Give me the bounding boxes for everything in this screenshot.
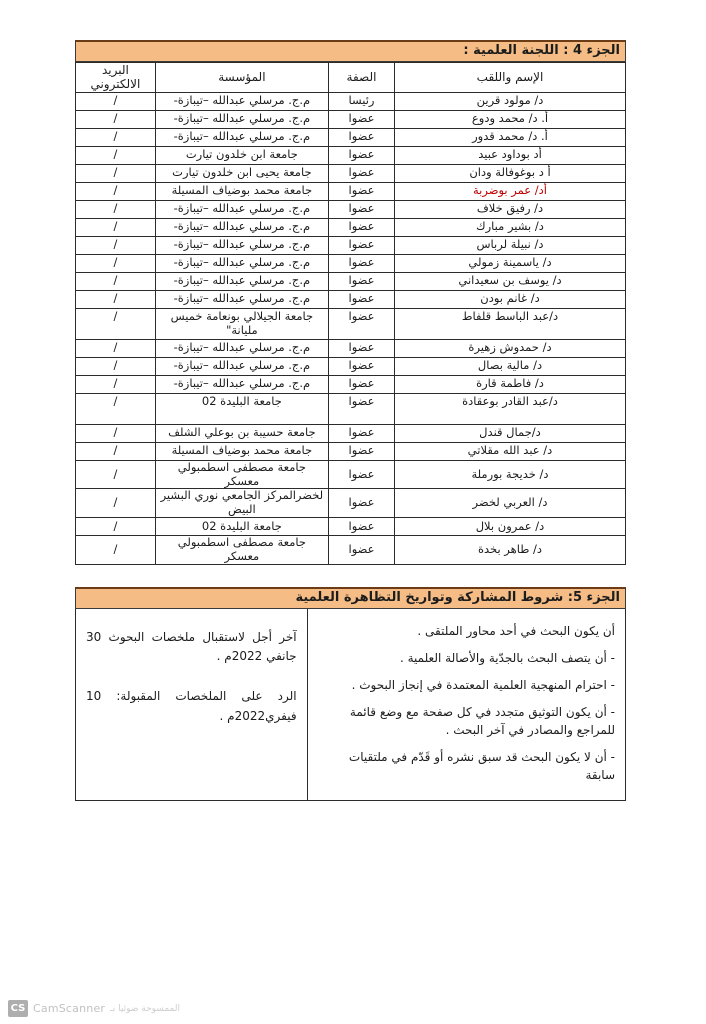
condition-item: - أن يكون التوثيق متجدد في كل صفحة مع وض… xyxy=(318,703,615,739)
member-role: عضوا xyxy=(329,128,395,146)
member-email: / xyxy=(76,460,156,489)
member-name: د/ فاطمة قارة xyxy=(395,375,626,393)
member-email: / xyxy=(76,254,156,272)
member-institution: لخضرالمركز الجامعي نوري البشير البيض xyxy=(155,489,328,518)
member-role: عضوا xyxy=(329,182,395,200)
member-institution: م.ج. مرسلي عبدالله –تيبازة- xyxy=(155,339,328,357)
member-institution: جامعة مصطفى اسطمبولي معسكر xyxy=(155,460,328,489)
table-row: د/عبد الباسط قلفاط عضوا جامعة الجيلالي ب… xyxy=(76,308,626,339)
member-email: / xyxy=(76,357,156,375)
member-email: / xyxy=(76,442,156,460)
condition-item: - احترام المنهجية العلمية المعتمدة في إن… xyxy=(318,676,615,694)
member-institution: جامعة محمد بوضياف المسيلة xyxy=(155,182,328,200)
member-role: عضوا xyxy=(329,535,395,564)
member-role: عضوا xyxy=(329,218,395,236)
member-institution: م.ج. مرسلي عبدالله –تيبازة- xyxy=(155,92,328,110)
member-institution: م.ج. مرسلي عبدالله –تيبازة- xyxy=(155,200,328,218)
part4-section-header: الجزء 4 : اللجنة العلمية : xyxy=(75,40,626,62)
member-email: / xyxy=(76,339,156,357)
member-role: عضوا xyxy=(329,357,395,375)
member-institution: جامعة البليدة 02 xyxy=(155,517,328,535)
table-row: د/ رفيق خلاف عضوا م.ج. مرسلي عبدالله –تي… xyxy=(76,200,626,218)
table-row: د/عبد القادر بوعقادة عضوا جامعة البليدة … xyxy=(76,393,626,424)
member-email: / xyxy=(76,236,156,254)
camscanner-brand: CamScanner xyxy=(33,1002,105,1015)
table-row: د/ يوسف بن سعيداني عضوا م.ج. مرسلي عبدال… xyxy=(76,272,626,290)
column-header-institution: المؤسسة xyxy=(155,63,328,93)
member-email: / xyxy=(76,489,156,518)
member-institution: م.ج. مرسلي عبدالله –تيبازة- xyxy=(155,290,328,308)
column-header-email: البريد الالكتروني xyxy=(76,63,156,93)
table-row: د/ مولود قرين رئيسا م.ج. مرسلي عبدالله –… xyxy=(76,92,626,110)
member-institution: جامعة الجيلالي بونعامة خميس مليانة" xyxy=(155,308,328,339)
table-row: د/ حمدوش زهيرة عضوا م.ج. مرسلي عبدالله –… xyxy=(76,339,626,357)
member-institution: م.ج. مرسلي عبدالله –تيبازة- xyxy=(155,128,328,146)
deadlines-cell: آخر أجل لاستقبال ملخصات البحوث 30 جانفي … xyxy=(76,609,307,800)
conditions-cell: أن يكون البحث في أحد محاور الملتقى .- أن… xyxy=(307,609,625,800)
table-row: أ. د/ محمد ودوع عضوا م.ج. مرسلي عبدالله … xyxy=(76,110,626,128)
committee-table: الإسم واللقب الصفة المؤسسة البريد الالكت… xyxy=(75,62,626,565)
member-email: / xyxy=(76,92,156,110)
member-email: / xyxy=(76,272,156,290)
member-email: / xyxy=(76,164,156,182)
member-name: أ. د/ محمد قدور xyxy=(395,128,626,146)
member-email: / xyxy=(76,182,156,200)
table-row: د/ غانم بودن عضوا م.ج. مرسلي عبدالله –تي… xyxy=(76,290,626,308)
member-institution: م.ج. مرسلي عبدالله –تيبازة- xyxy=(155,218,328,236)
member-name: د/ رفيق خلاف xyxy=(395,200,626,218)
member-name: د/ طاهر بخدة xyxy=(395,535,626,564)
deadline-item: آخر أجل لاستقبال ملخصات البحوث 30 جانفي … xyxy=(86,628,297,668)
table-row: د/جمال قندل عضوا جامعة حسيبة بن بوعلي ال… xyxy=(76,424,626,442)
part5-section-header: الجزء 5: شروط المشاركة وتواريخ التظاهرة … xyxy=(75,587,626,609)
member-institution: م.ج. مرسلي عبدالله –تيبازة- xyxy=(155,236,328,254)
member-email: / xyxy=(76,200,156,218)
member-name: د/ مالية بصال xyxy=(395,357,626,375)
member-role: عضوا xyxy=(329,308,395,339)
member-name: د/ مولود قرين xyxy=(395,92,626,110)
member-role: عضوا xyxy=(329,200,395,218)
member-role: عضوا xyxy=(329,517,395,535)
deadline-item: الرد على الملخصات المقبولة: 10 فيفري2022… xyxy=(86,687,297,727)
member-name: د/ ياسمينة زمولي xyxy=(395,254,626,272)
member-name: د/ غانم بودن xyxy=(395,290,626,308)
table-row: أ د بوغوفالة ودان عضوا جامعة يحيى ابن خل… xyxy=(76,164,626,182)
member-role: عضوا xyxy=(329,460,395,489)
table-row: د/ ياسمينة زمولي عضوا م.ج. مرسلي عبدالله… xyxy=(76,254,626,272)
member-email: / xyxy=(76,110,156,128)
table-row: د/ عمرون بلال عضوا جامعة البليدة 02 / xyxy=(76,517,626,535)
member-name: د/ خديجة بورملة xyxy=(395,460,626,489)
member-role: عضوا xyxy=(329,272,395,290)
member-name: د/عبد الباسط قلفاط xyxy=(395,308,626,339)
member-name: أد بوداود عبيد xyxy=(395,146,626,164)
member-name: أ. د/ محمد ودوع xyxy=(395,110,626,128)
table-row: د/ مالية بصال عضوا م.ج. مرسلي عبدالله –ت… xyxy=(76,357,626,375)
member-institution: جامعة محمد بوضياف المسيلة xyxy=(155,442,328,460)
table-row: أد/ عمر بوضربة عضوا جامعة محمد بوضياف ال… xyxy=(76,182,626,200)
member-role: عضوا xyxy=(329,489,395,518)
member-institution: م.ج. مرسلي عبدالله –تيبازة- xyxy=(155,375,328,393)
condition-item: - أن يتصف البحث بالجدّية والأصالة العلمي… xyxy=(318,649,615,667)
member-name: د/ عمرون بلال xyxy=(395,517,626,535)
member-role: عضوا xyxy=(329,442,395,460)
member-email: / xyxy=(76,375,156,393)
member-email: / xyxy=(76,393,156,424)
section-part4: الجزء 4 : اللجنة العلمية : الإسم واللقب … xyxy=(75,40,626,565)
member-role: عضوا xyxy=(329,236,395,254)
member-institution: جامعة حسيبة بن بوعلي الشلف xyxy=(155,424,328,442)
member-role: عضوا xyxy=(329,164,395,182)
member-role: عضوا xyxy=(329,110,395,128)
member-institution: جامعة ابن خلدون تيارت xyxy=(155,146,328,164)
member-name: د/ حمدوش زهيرة xyxy=(395,339,626,357)
member-name: د/ نبيلة لرباس xyxy=(395,236,626,254)
member-institution: م.ج. مرسلي عبدالله –تيبازة- xyxy=(155,254,328,272)
member-email: / xyxy=(76,308,156,339)
member-institution: جامعة مصطفى اسطمبولي معسكر xyxy=(155,535,328,564)
member-name: د/ عبد الله مقلاتي xyxy=(395,442,626,460)
member-institution: م.ج. مرسلي عبدالله –تيبازة- xyxy=(155,272,328,290)
section-part5: الجزء 5: شروط المشاركة وتواريخ التظاهرة … xyxy=(75,587,626,801)
camscanner-watermark: CS CamScanner الممسوحة ضوئيا بـ xyxy=(8,1000,180,1017)
scanned-with-label: الممسوحة ضوئيا بـ xyxy=(110,1004,180,1014)
column-header-role: الصفة xyxy=(329,63,395,93)
member-role: عضوا xyxy=(329,393,395,424)
member-name: أد/ عمر بوضربة xyxy=(395,182,626,200)
table-row: د/ بشير مبارك عضوا م.ج. مرسلي عبدالله –ت… xyxy=(76,218,626,236)
table-row: د/ خديجة بورملة عضوا جامعة مصطفى اسطمبول… xyxy=(76,460,626,489)
member-institution: جامعة يحيى ابن خلدون تيارت xyxy=(155,164,328,182)
scanned-page: الجزء 4 : اللجنة العلمية : الإسم واللقب … xyxy=(75,40,626,801)
condition-item: أن يكون البحث في أحد محاور الملتقى . xyxy=(318,622,615,640)
table-row: د/ عبد الله مقلاتي عضوا جامعة محمد بوضيا… xyxy=(76,442,626,460)
member-name: أ د بوغوفالة ودان xyxy=(395,164,626,182)
member-role: عضوا xyxy=(329,375,395,393)
member-email: / xyxy=(76,146,156,164)
member-email: / xyxy=(76,128,156,146)
camscanner-logo-icon: CS xyxy=(8,1000,28,1017)
conditions-table: أن يكون البحث في أحد محاور الملتقى .- أن… xyxy=(75,609,626,801)
member-email: / xyxy=(76,517,156,535)
table-row: أ. د/ محمد قدور عضوا م.ج. مرسلي عبدالله … xyxy=(76,128,626,146)
member-name: د/ يوسف بن سعيداني xyxy=(395,272,626,290)
member-institution: م.ج. مرسلي عبدالله –تيبازة- xyxy=(155,110,328,128)
member-role: عضوا xyxy=(329,146,395,164)
member-name: د/جمال قندل xyxy=(395,424,626,442)
member-role: رئيسا xyxy=(329,92,395,110)
member-email: / xyxy=(76,218,156,236)
table-row: د/ فاطمة قارة عضوا م.ج. مرسلي عبدالله –ت… xyxy=(76,375,626,393)
member-role: عضوا xyxy=(329,424,395,442)
member-name: د/ العربي لخضر xyxy=(395,489,626,518)
condition-item: - أن لا يكون البحث قد سبق نشره أو قَدّم … xyxy=(318,748,615,784)
member-email: / xyxy=(76,424,156,442)
member-role: عضوا xyxy=(329,290,395,308)
member-email: / xyxy=(76,290,156,308)
table-row: أد بوداود عبيد عضوا جامعة ابن خلدون تيار… xyxy=(76,146,626,164)
committee-header-row: الإسم واللقب الصفة المؤسسة البريد الالكت… xyxy=(76,63,626,93)
member-institution: م.ج. مرسلي عبدالله –تيبازة- xyxy=(155,357,328,375)
member-email: / xyxy=(76,535,156,564)
member-role: عضوا xyxy=(329,339,395,357)
member-institution: جامعة البليدة 02 xyxy=(155,393,328,424)
member-name: د/ بشير مبارك xyxy=(395,218,626,236)
column-header-name: الإسم واللقب xyxy=(395,63,626,93)
table-row: د/ العربي لخضر عضوا لخضرالمركز الجامعي ن… xyxy=(76,489,626,518)
member-name: د/عبد القادر بوعقادة xyxy=(395,393,626,424)
table-row: د/ نبيلة لرباس عضوا م.ج. مرسلي عبدالله –… xyxy=(76,236,626,254)
member-role: عضوا xyxy=(329,254,395,272)
table-row: د/ طاهر بخدة عضوا جامعة مصطفى اسطمبولي م… xyxy=(76,535,626,564)
